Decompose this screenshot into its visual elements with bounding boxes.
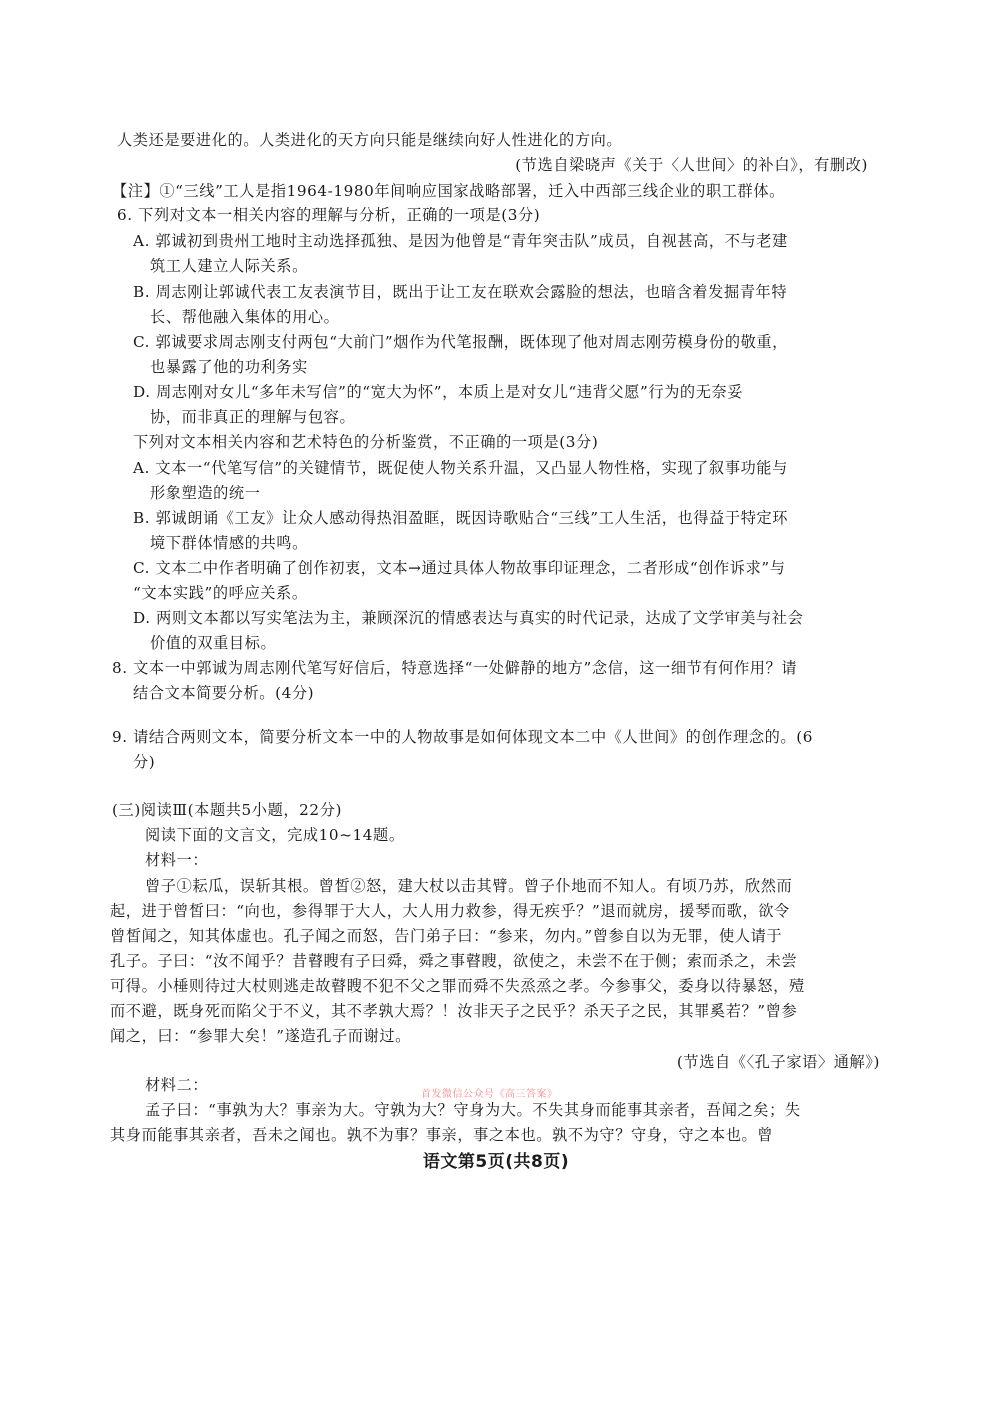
q6-option-a-cont: 筑工人建立人际关系。 — [150, 256, 308, 276]
material-2-line: 孟子曰：“事孰为大？事亲为大。守孰为大？守身为大。不失其身而能事其亲者，吾闻之矣… — [145, 1100, 801, 1120]
material-1-source: (节选自《〈孔子家语〉通解》) — [677, 1052, 880, 1072]
material-1-line: 可得。小棰则待过大杖则逃走故瞽瞍不犯不父之罪而舜不失烝烝之孝。今参事父，委身以待… — [110, 976, 805, 996]
question-8-cont: 结合文本简要分析。(4分) — [133, 683, 314, 703]
q7-option-b: B. 郭诚朗诵《工友》让众人感动得热泪盈眶，既因诗歌贴合“三线”工人生活，也得益… — [133, 508, 788, 528]
question-9: 9. 请结合两则文本，简要分析文本一中的人物故事是如何体现文本二中《人世间》的创… — [112, 727, 813, 747]
q6-option-d: D. 周志刚对女儿“多年未写信”的“宽大为怀”，本质上是对女儿“违背父愿”行为的… — [133, 382, 743, 402]
q6-option-d-cont: 协，而非真正的理解与包容。 — [150, 407, 355, 427]
text1-final-line: 人类还是要进化的。人类进化的天方向只能是继续向好人性进化的方向。 — [117, 130, 622, 150]
material-1-line: 孔子。子曰：“汝不闻乎？昔瞽瞍有子曰舜，舜之事瞽瞍，欲使之，未尝不在于侧；索而杀… — [110, 951, 797, 971]
text1-source: (节选自梁晓声《关于〈人世间〉的补白》，有删改) — [515, 155, 868, 175]
q7-option-c-cont: “文本实践”的呼应关系。 — [133, 583, 308, 603]
section-3-instruction: 阅读下面的文言文，完成10~14题。 — [145, 825, 405, 845]
q6-option-c-cont: 也暴露了他的功利务实 — [150, 357, 308, 377]
q7-option-d: D. 两则文本都以写实笔法为主，兼顾深沉的情感表达与真实的时代记录，达成了文学审… — [133, 608, 803, 628]
material-1-line: 曾子①耘瓜，误斩其根。曾皙②怒，建大杖以击其臂。曾子仆地而不知人。有顷乃苏，欣然… — [145, 876, 792, 896]
q6-option-b-cont: 长、帮他融入集体的用心。 — [150, 307, 339, 327]
watermark: 首发微信公众号《高三答案》 — [421, 1085, 558, 1100]
footnote: 【注】①“三线”工人是指1964-1980年间响应国家战略部署，迁入中西部三线企… — [112, 181, 785, 201]
q7-option-a: A. 文本一“代笔写信”的关键情节，既促使人物关系升温，又凸显人物性格，实现了叙… — [133, 458, 788, 478]
section-3-title: (三)阅读Ⅲ(本题共5小题，22分) — [112, 800, 342, 820]
exam-page: 人类还是要进化的。人类进化的天方向只能是继续向好人性进化的方向。 (节选自梁晓声… — [0, 0, 992, 1403]
q7-option-c: C. 文本二中作者明确了创作初衷，文本→通过具体人物故事印证理念，二者形成“创作… — [133, 558, 786, 578]
question-7-stem: 下列对文本相关内容和艺术特色的分析鉴赏，不正确的一项是(3分) — [133, 432, 598, 452]
page-footer: 语文第5页(共8页) — [0, 1147, 992, 1172]
q7-option-d-cont: 价值的双重目标。 — [150, 633, 276, 653]
material-1-line: 而不避，既身死而陷父于不义，其不孝孰大焉？！汝非天子之民乎？杀天子之民，其罪奚若… — [110, 1001, 797, 1021]
material-1-line: 曾皙闻之，知其体虚也。孔子闻之而怒，告门弟子曰：“参来，勿内。”曾参自以为无罪，… — [110, 926, 782, 946]
material-2-label: 材料二： — [145, 1075, 208, 1095]
q6-option-a: A. 郭诚初到贵州工地时主动选择孤独、是因为他曾是“青年突击队”成员，自视甚高，… — [133, 231, 788, 251]
material-1-label: 材料一： — [145, 850, 208, 870]
material-1-line: 闻之，曰：“参罪大矣！”遂造孔子而谢过。 — [110, 1026, 411, 1046]
question-6-stem: 6. 下列对文本一相关内容的理解与分析，正确的一项是(3分) — [117, 205, 540, 225]
material-2-line: 其身而能事其亲者，吾未之闻也。孰不为事？事亲，事之本也。孰不为守？守身，守之本也… — [110, 1125, 773, 1145]
q7-option-b-cont: 境下群体情感的共鸣。 — [150, 533, 308, 553]
q6-option-b: B. 周志刚让郭诚代表工友表演节目，既出于让工友在联欢会露脸的想法，也暗含着发掘… — [133, 282, 787, 302]
question-8: 8. 文本一中郭诚为周志刚代笔写好信后，特意选择“一处僻静的地方”念信，这一细节… — [112, 658, 797, 678]
q7-option-a-cont: 形象塑造的统一 — [150, 483, 261, 503]
question-9-cont: 分) — [133, 752, 155, 772]
material-1-line: 起，进于曾皙曰：“向也，参得罪于大人，大人用力救参，得无疾乎？”退而就房，援琴而… — [110, 901, 790, 921]
q6-option-c: C. 郭诚要求周志刚支付两包“大前门”烟作为代笔报酬，既体现了他对周志刚劳模身份… — [133, 332, 788, 352]
